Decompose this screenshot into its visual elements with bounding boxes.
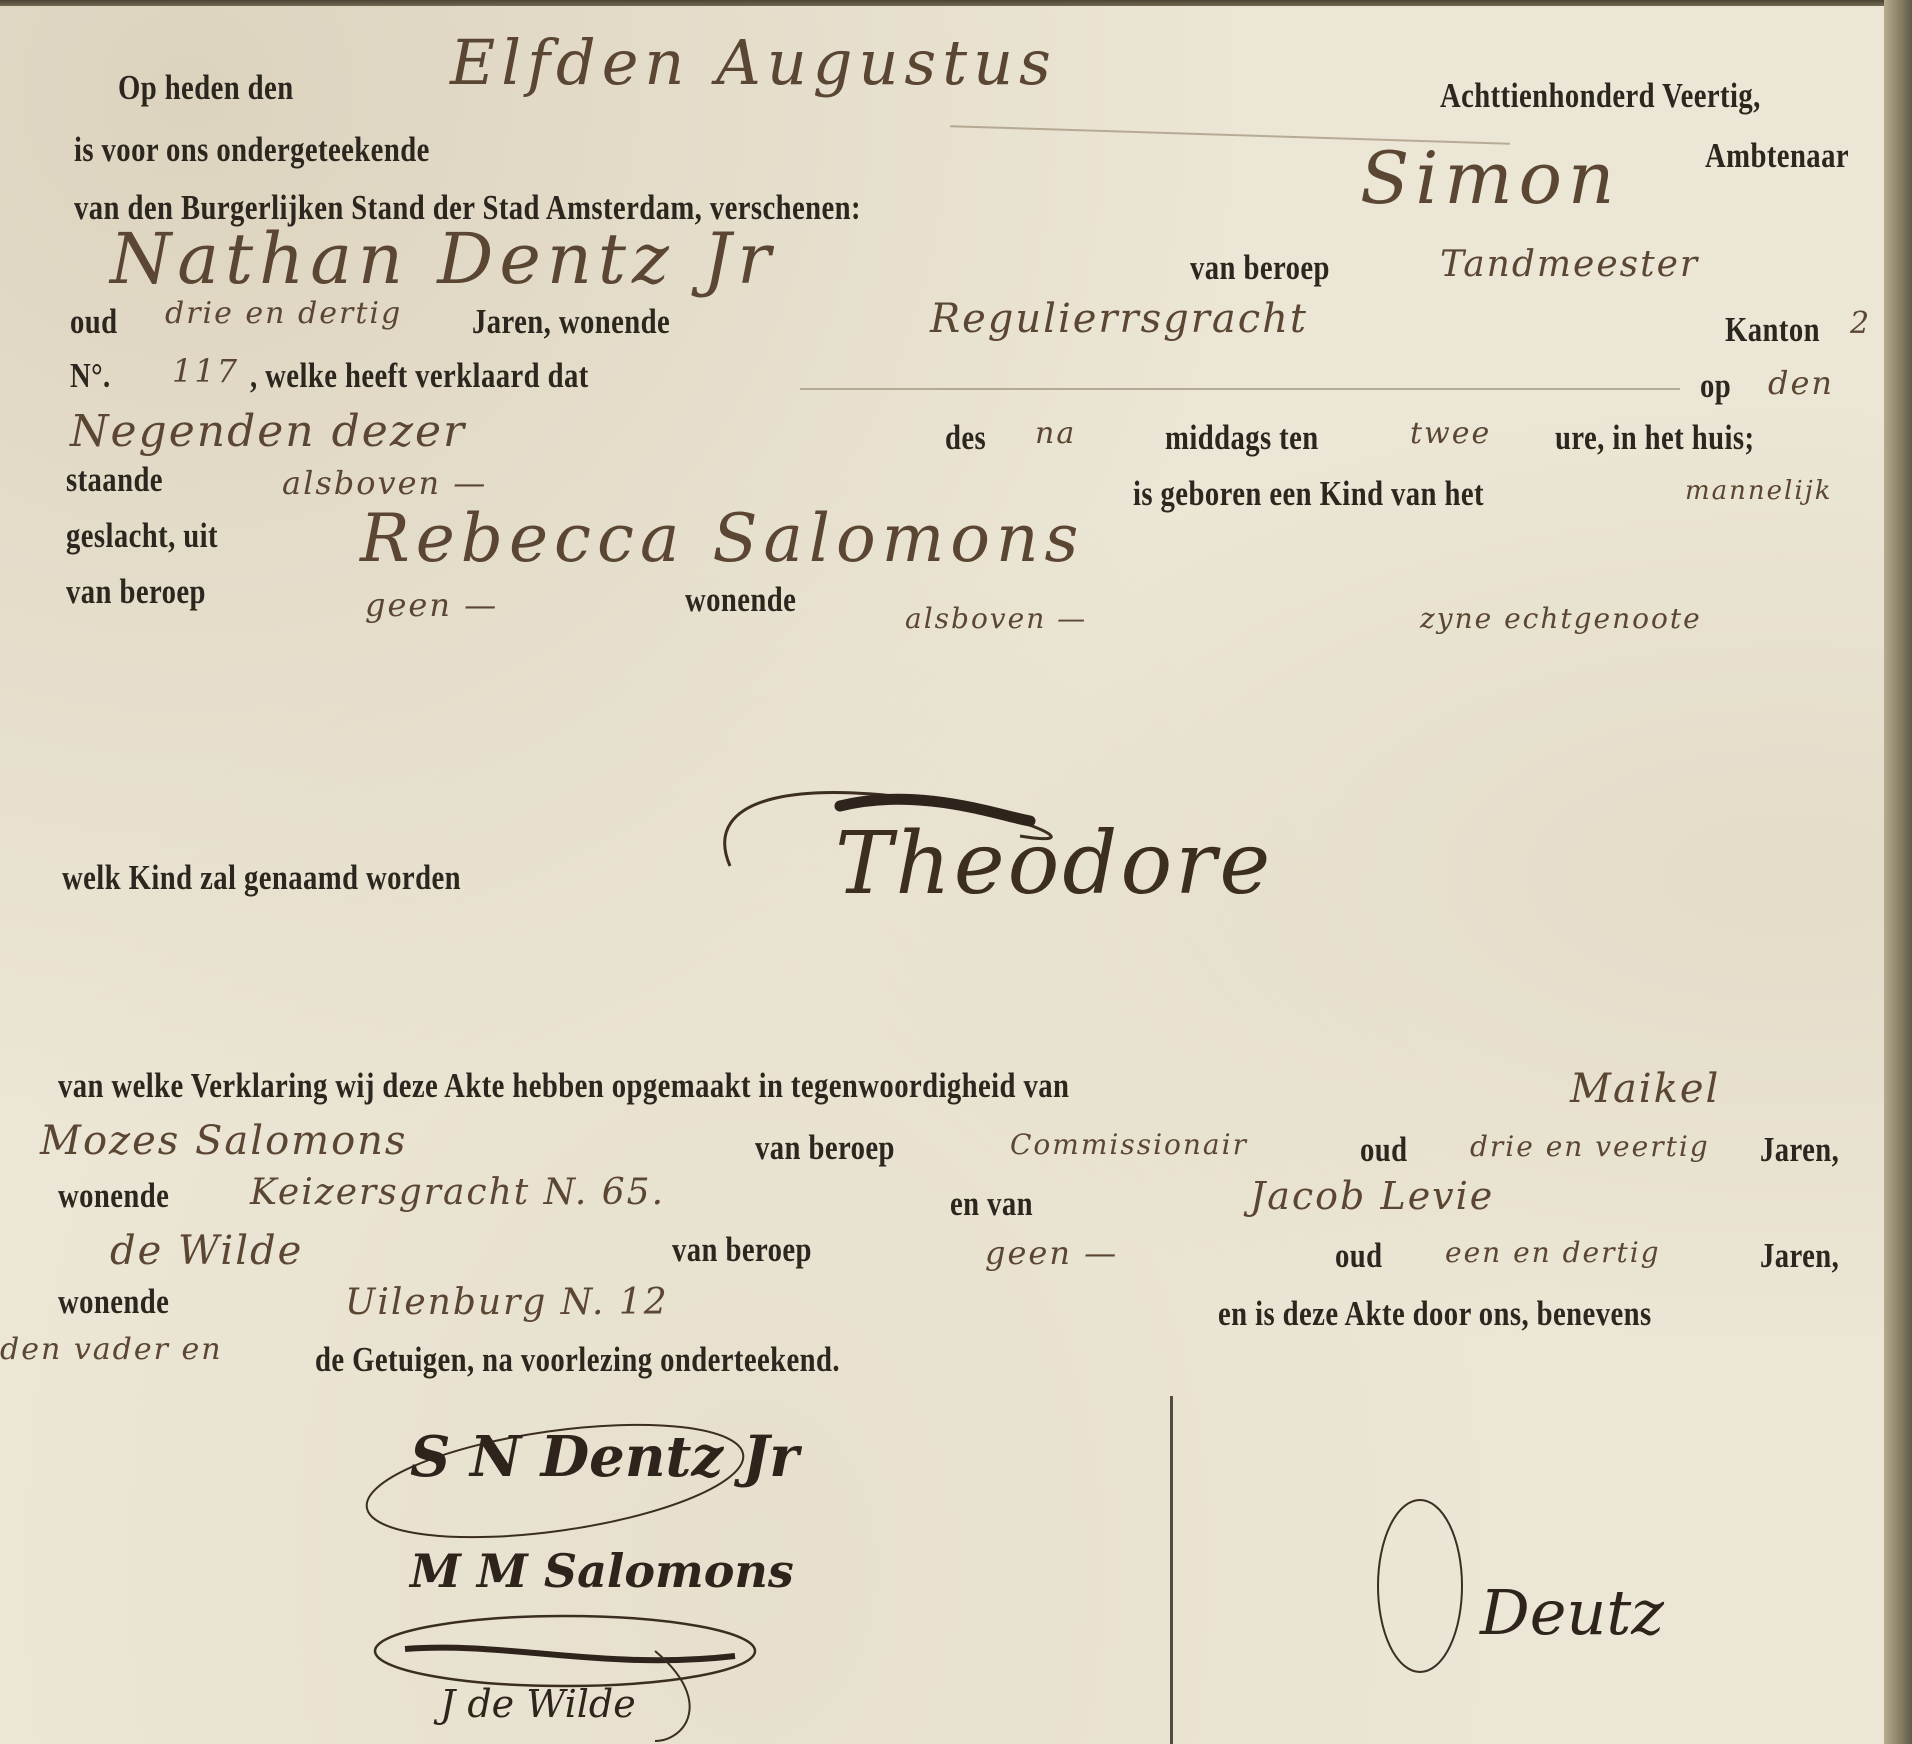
printed-text: Kanton <box>1725 310 1820 350</box>
printed-text: N°. <box>70 356 111 396</box>
signature-witness1: M M Salomons <box>410 1544 794 1598</box>
printed-text: , welke heeft verklaard dat <box>250 356 589 396</box>
handwritten-witness2-age: een en dertig <box>1445 1236 1661 1269</box>
document-page: Op heden den Elfden Augustus Achttienhon… <box>0 6 1884 1744</box>
printed-text: Achttienhonderd Veertig, <box>1440 76 1761 116</box>
handwritten-witness1-first-name: Maikel <box>1570 1066 1720 1112</box>
handwritten-witness2-residence: Uilenburg N. 12 <box>345 1282 669 1323</box>
handwritten-house-number: 117 <box>172 352 239 390</box>
fill-line <box>800 388 1680 390</box>
handwritten-witness2-occupation: geen — <box>985 1234 1118 1272</box>
handwritten-mother-name: Rebecca Salomons <box>360 500 1084 577</box>
signature-father: S N Dentz Jr <box>410 1424 799 1490</box>
handwritten-witness2-first-name: Jacob Levie <box>1250 1174 1494 1218</box>
handwritten-witness2-name: de Wilde <box>110 1228 303 1274</box>
handwritten-mother-occupation: geen — <box>365 586 498 624</box>
printed-text: geslacht, uit <box>66 516 218 556</box>
printed-text: wonende <box>685 580 796 620</box>
printed-text: van beroep <box>66 572 206 612</box>
printed-text: staande <box>66 460 163 500</box>
handwritten-mother-relation: zyne echtgenoote <box>1420 602 1702 635</box>
printed-text: van beroep <box>672 1230 812 1270</box>
handwritten-text: den <box>1768 364 1834 402</box>
handwritten-witness1-age: drie en veertig <box>1470 1130 1710 1163</box>
handwritten-time-of-day: na <box>1035 416 1076 451</box>
handwritten-child-name: Theodore <box>835 814 1273 914</box>
printed-text: Jaren, <box>1760 1236 1839 1276</box>
printed-text: is geboren een Kind van het <box>1133 474 1484 514</box>
printed-text: oud <box>70 302 118 342</box>
handwritten-witness1-residence: Keizersgracht N. 65. <box>250 1172 665 1213</box>
signature-flourish <box>1360 1496 1480 1696</box>
handwritten-hour: twee <box>1410 416 1491 451</box>
printed-text: is voor ons ondergeteekende <box>74 130 430 170</box>
printed-text: Ambtenaar <box>1705 136 1849 176</box>
printed-text: van beroep <box>755 1128 895 1168</box>
printed-text: Jaren, wonende <box>472 302 670 342</box>
printed-text: van beroep <box>1190 248 1330 288</box>
printed-text: oud <box>1360 1130 1408 1170</box>
vertical-divider <box>1170 1396 1173 1744</box>
printed-text: ure, in het huis; <box>1555 418 1754 458</box>
handwritten-kanton: 2 <box>1850 306 1871 341</box>
printed-text: van welke Verklaring wij deze Akte hebbe… <box>58 1066 1069 1106</box>
handwritten-age: drie en dertig <box>165 296 402 331</box>
handwritten-declarant-name: Nathan Dentz Jr <box>110 218 777 300</box>
handwritten-annotation: den vader en <box>0 1332 223 1367</box>
handwritten-occupation: Tandmeester <box>1440 244 1699 285</box>
scan-right-edge <box>1884 0 1912 1744</box>
printed-text: Jaren, <box>1760 1130 1839 1170</box>
handwritten-location: alsboven — <box>282 464 487 502</box>
handwritten-date: Elfden Augustus <box>450 26 1057 99</box>
printed-text: Op heden den <box>118 68 294 108</box>
printed-text: op <box>1700 366 1731 406</box>
handwritten-witness1-occupation: Commissionair <box>1010 1128 1248 1161</box>
printed-text: oud <box>1335 1236 1383 1276</box>
handwritten-witness1-name: Mozes Salomons <box>40 1118 407 1164</box>
printed-text: de Getuigen, na voorlezing onderteekend. <box>315 1340 840 1380</box>
handwritten-sex: mannelijk <box>1685 476 1832 506</box>
printed-text: middags ten <box>1165 418 1319 458</box>
handwritten-mother-residence: alsboven — <box>905 602 1087 635</box>
printed-text: en is deze Akte door ons, benevens <box>1218 1294 1652 1334</box>
signature-witness2: J de Wilde <box>440 1682 636 1726</box>
handwritten-declarant-first-name: Simon <box>1360 136 1620 220</box>
handwritten-birth-date: Negenden dezer <box>70 406 466 457</box>
signature-official: Deutz <box>1480 1576 1664 1649</box>
printed-text: en van <box>950 1184 1033 1224</box>
printed-text: wonende <box>58 1282 169 1322</box>
printed-text: des <box>945 418 986 458</box>
printed-text: wonende <box>58 1176 169 1216</box>
printed-text: welk Kind zal genaamd worden <box>62 858 461 898</box>
handwritten-street: Regulierrsgracht <box>930 296 1308 342</box>
